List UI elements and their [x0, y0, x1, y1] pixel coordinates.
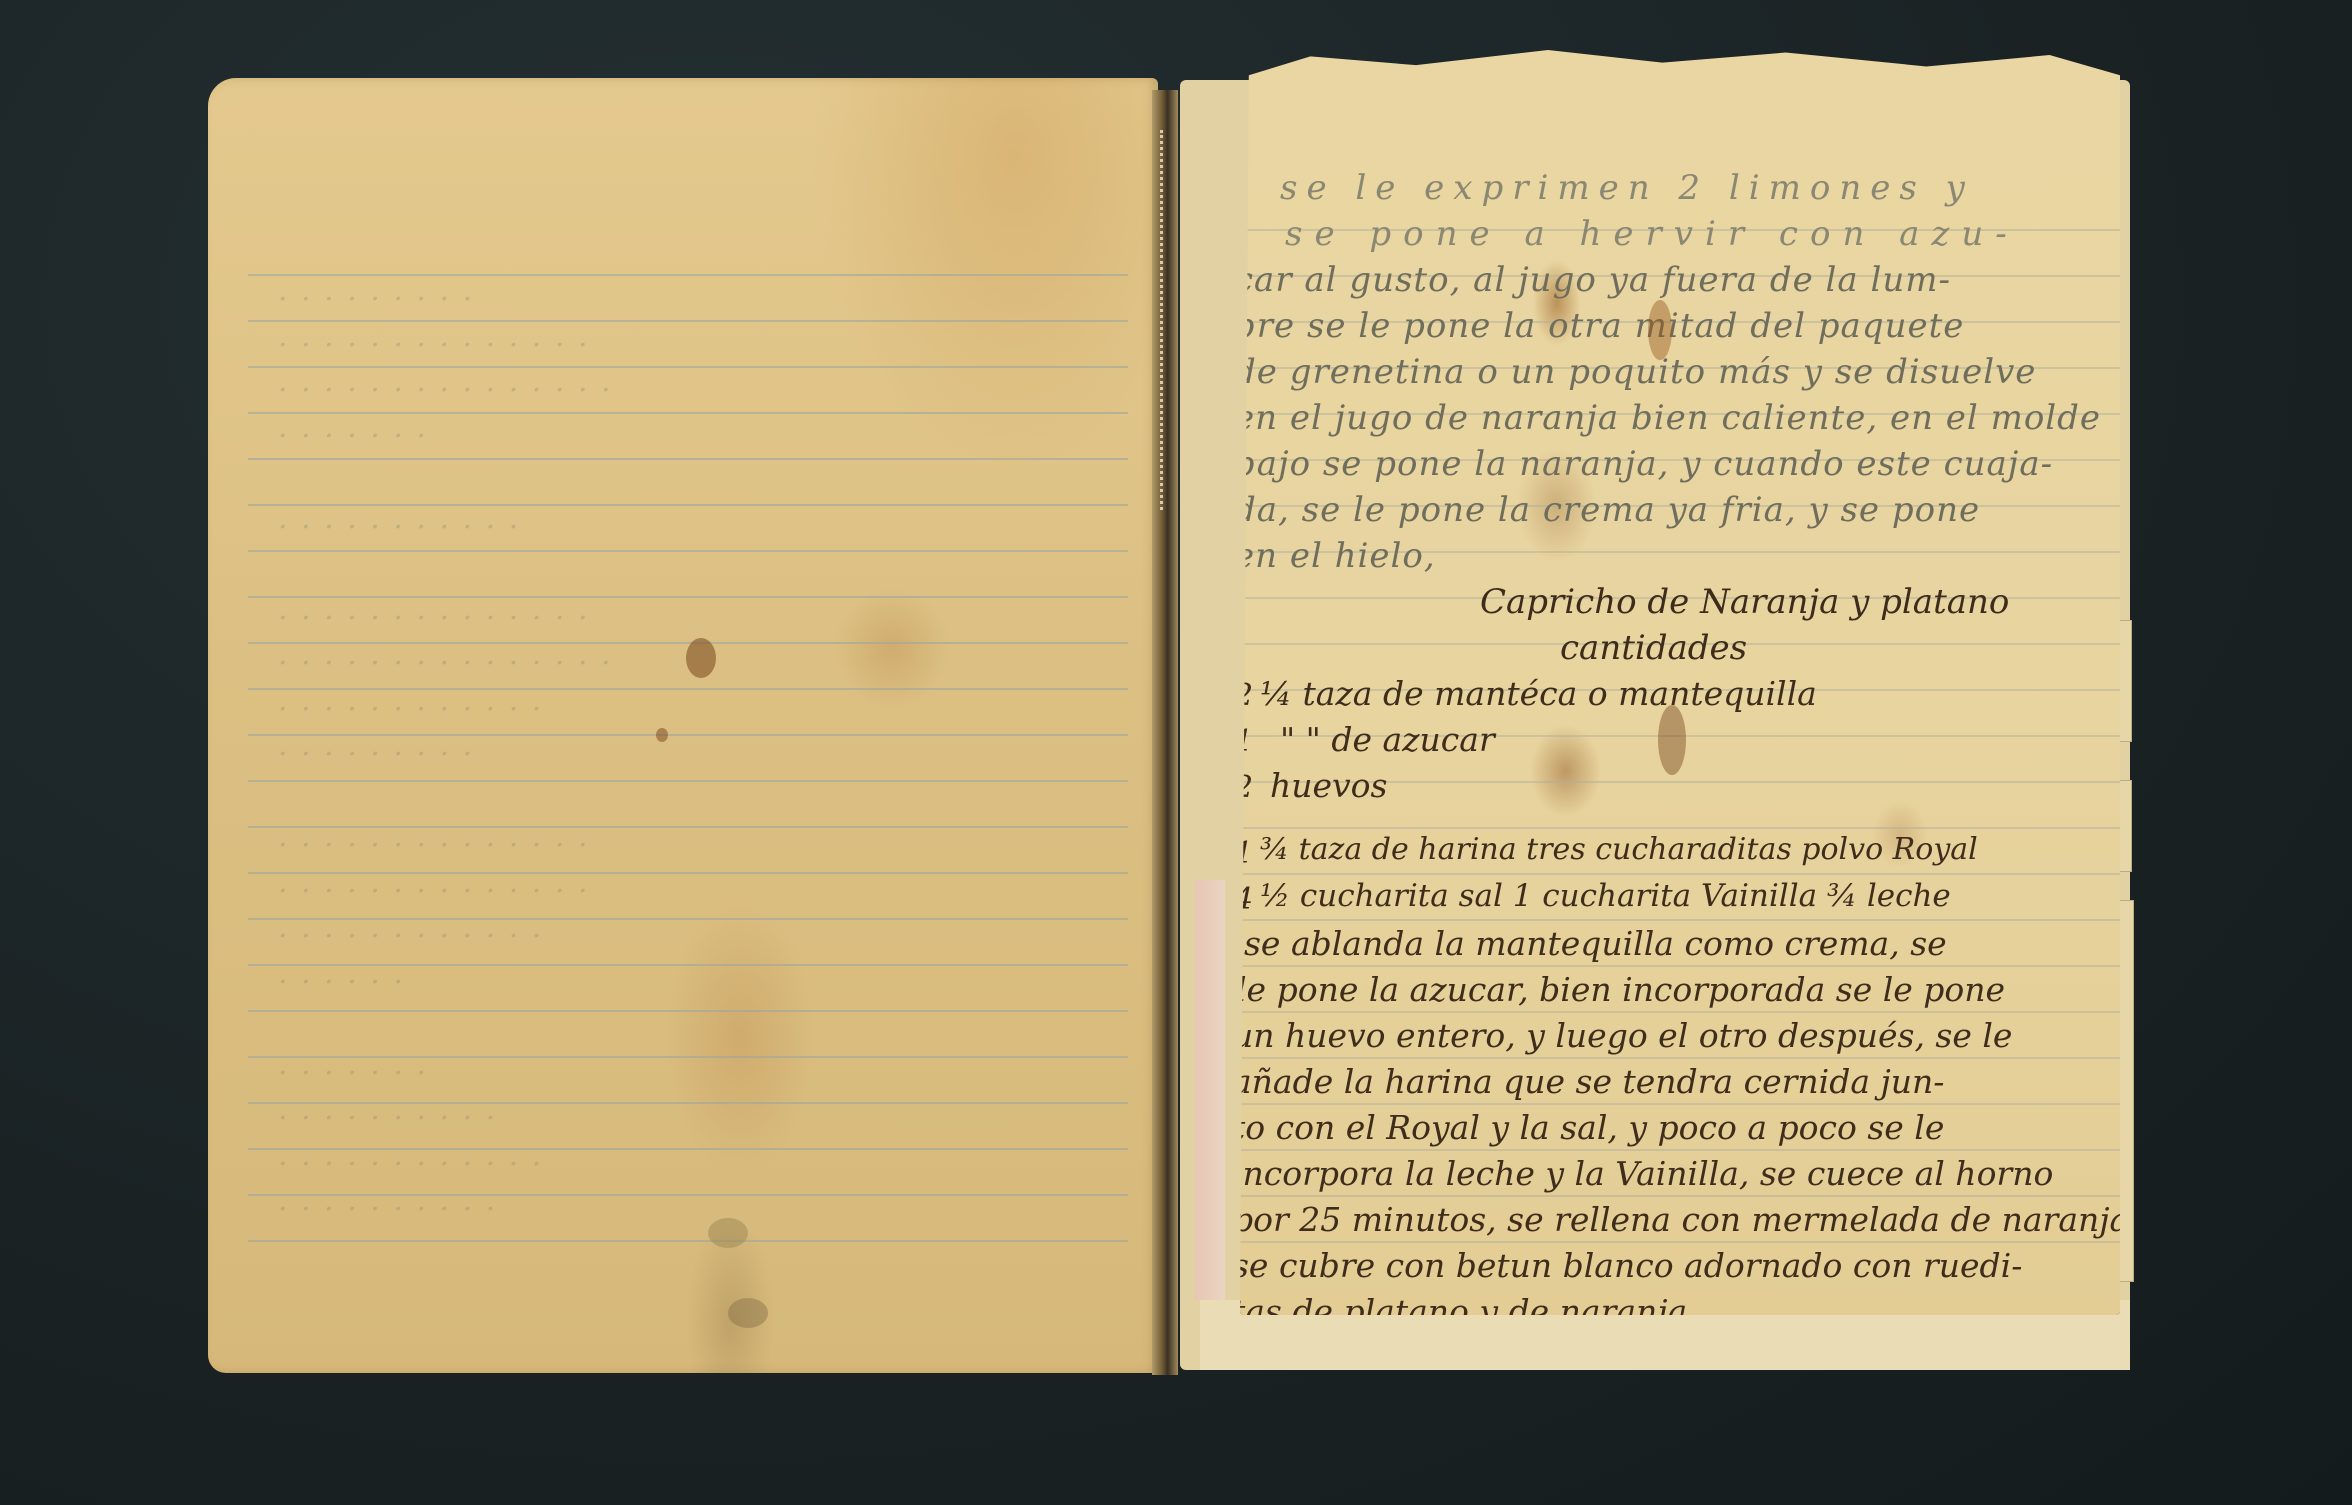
- handwritten-line: car al gusto, al jugo ya fuera de la lum…: [1234, 260, 1951, 300]
- handwritten-line: se pone a hervir con azu-: [1285, 214, 2019, 254]
- handwritten-line: de grenetina o un poquito más y se disue…: [1234, 352, 2036, 392]
- handwritten-line: bre se le pone la otra mitad del paquete: [1234, 306, 1964, 346]
- handwritten-line: bajo se pone la naranja, y cuando este c…: [1234, 444, 2053, 484]
- recipe-title: Capricho de Naranja y platano: [1480, 582, 2009, 622]
- instruction-line: añade la harina que se tendra cernida ju…: [1232, 1062, 1944, 1101]
- scan-background: . . . . . . . . . . . . . . . . . . . . …: [0, 0, 2352, 1505]
- ingredient-line: ¼ taza de mantéca o mantequilla: [1260, 674, 1817, 713]
- binding-thread: [1160, 130, 1173, 510]
- handwritten-line: en el jugo de naranja bien caliente, en …: [1234, 398, 2101, 438]
- instruction-line: por 25 minutos, se rellena con mermelada…: [1232, 1200, 2129, 1239]
- right-page: se le exprimen 2 limones y se pone a her…: [1240, 50, 2120, 1315]
- left-page-faded-text: . . . . . . . . . . . . . . . . . . . . …: [278, 268, 1098, 1224]
- ink-stain: [686, 638, 716, 678]
- instruction-line: un huevo entero, y luego el otro después…: [1232, 1016, 2012, 1055]
- instruction-line: to con el Royal y la sal, y poco a poco …: [1232, 1108, 1944, 1147]
- handwritten-line: da, se le pone la crema ya fria, y se po…: [1234, 490, 1980, 530]
- instruction-line: incorpora la leche y la Vainilla, se cue…: [1232, 1154, 2053, 1193]
- left-page: . . . . . . . . . . . . . . . . . . . . …: [208, 78, 1158, 1373]
- ink-stain: [656, 728, 668, 742]
- handwritten-line: en el hielo,: [1234, 536, 1436, 576]
- ink-stain: [1648, 300, 1672, 360]
- ingredient-line: " " de azucar: [1280, 720, 1495, 759]
- ingredient-line: ¾ taza de harina tres cucharaditas polvo…: [1260, 832, 1978, 867]
- pink-paper-slip: [1195, 880, 1225, 1300]
- ink-stain: [708, 1218, 748, 1248]
- ink-stain: [1658, 705, 1686, 775]
- handwritten-line: se le exprimen 2 limones y: [1280, 168, 1974, 208]
- instruction-line: se ablanda la mantequilla como crema, se: [1244, 924, 1947, 963]
- instruction-line: se cubre con betun blanco adornado con r…: [1232, 1246, 2022, 1285]
- ink-stain: [728, 1298, 768, 1328]
- ingredient-line: ½ cucharita sal 1 cucharita Vainilla ¾ l…: [1260, 878, 1951, 914]
- recipe-subtitle: cantidades: [1560, 628, 1747, 668]
- instruction-line: le pone la azucar, bien incorporada se l…: [1236, 970, 2005, 1009]
- ingredient-line: huevos: [1270, 766, 1387, 805]
